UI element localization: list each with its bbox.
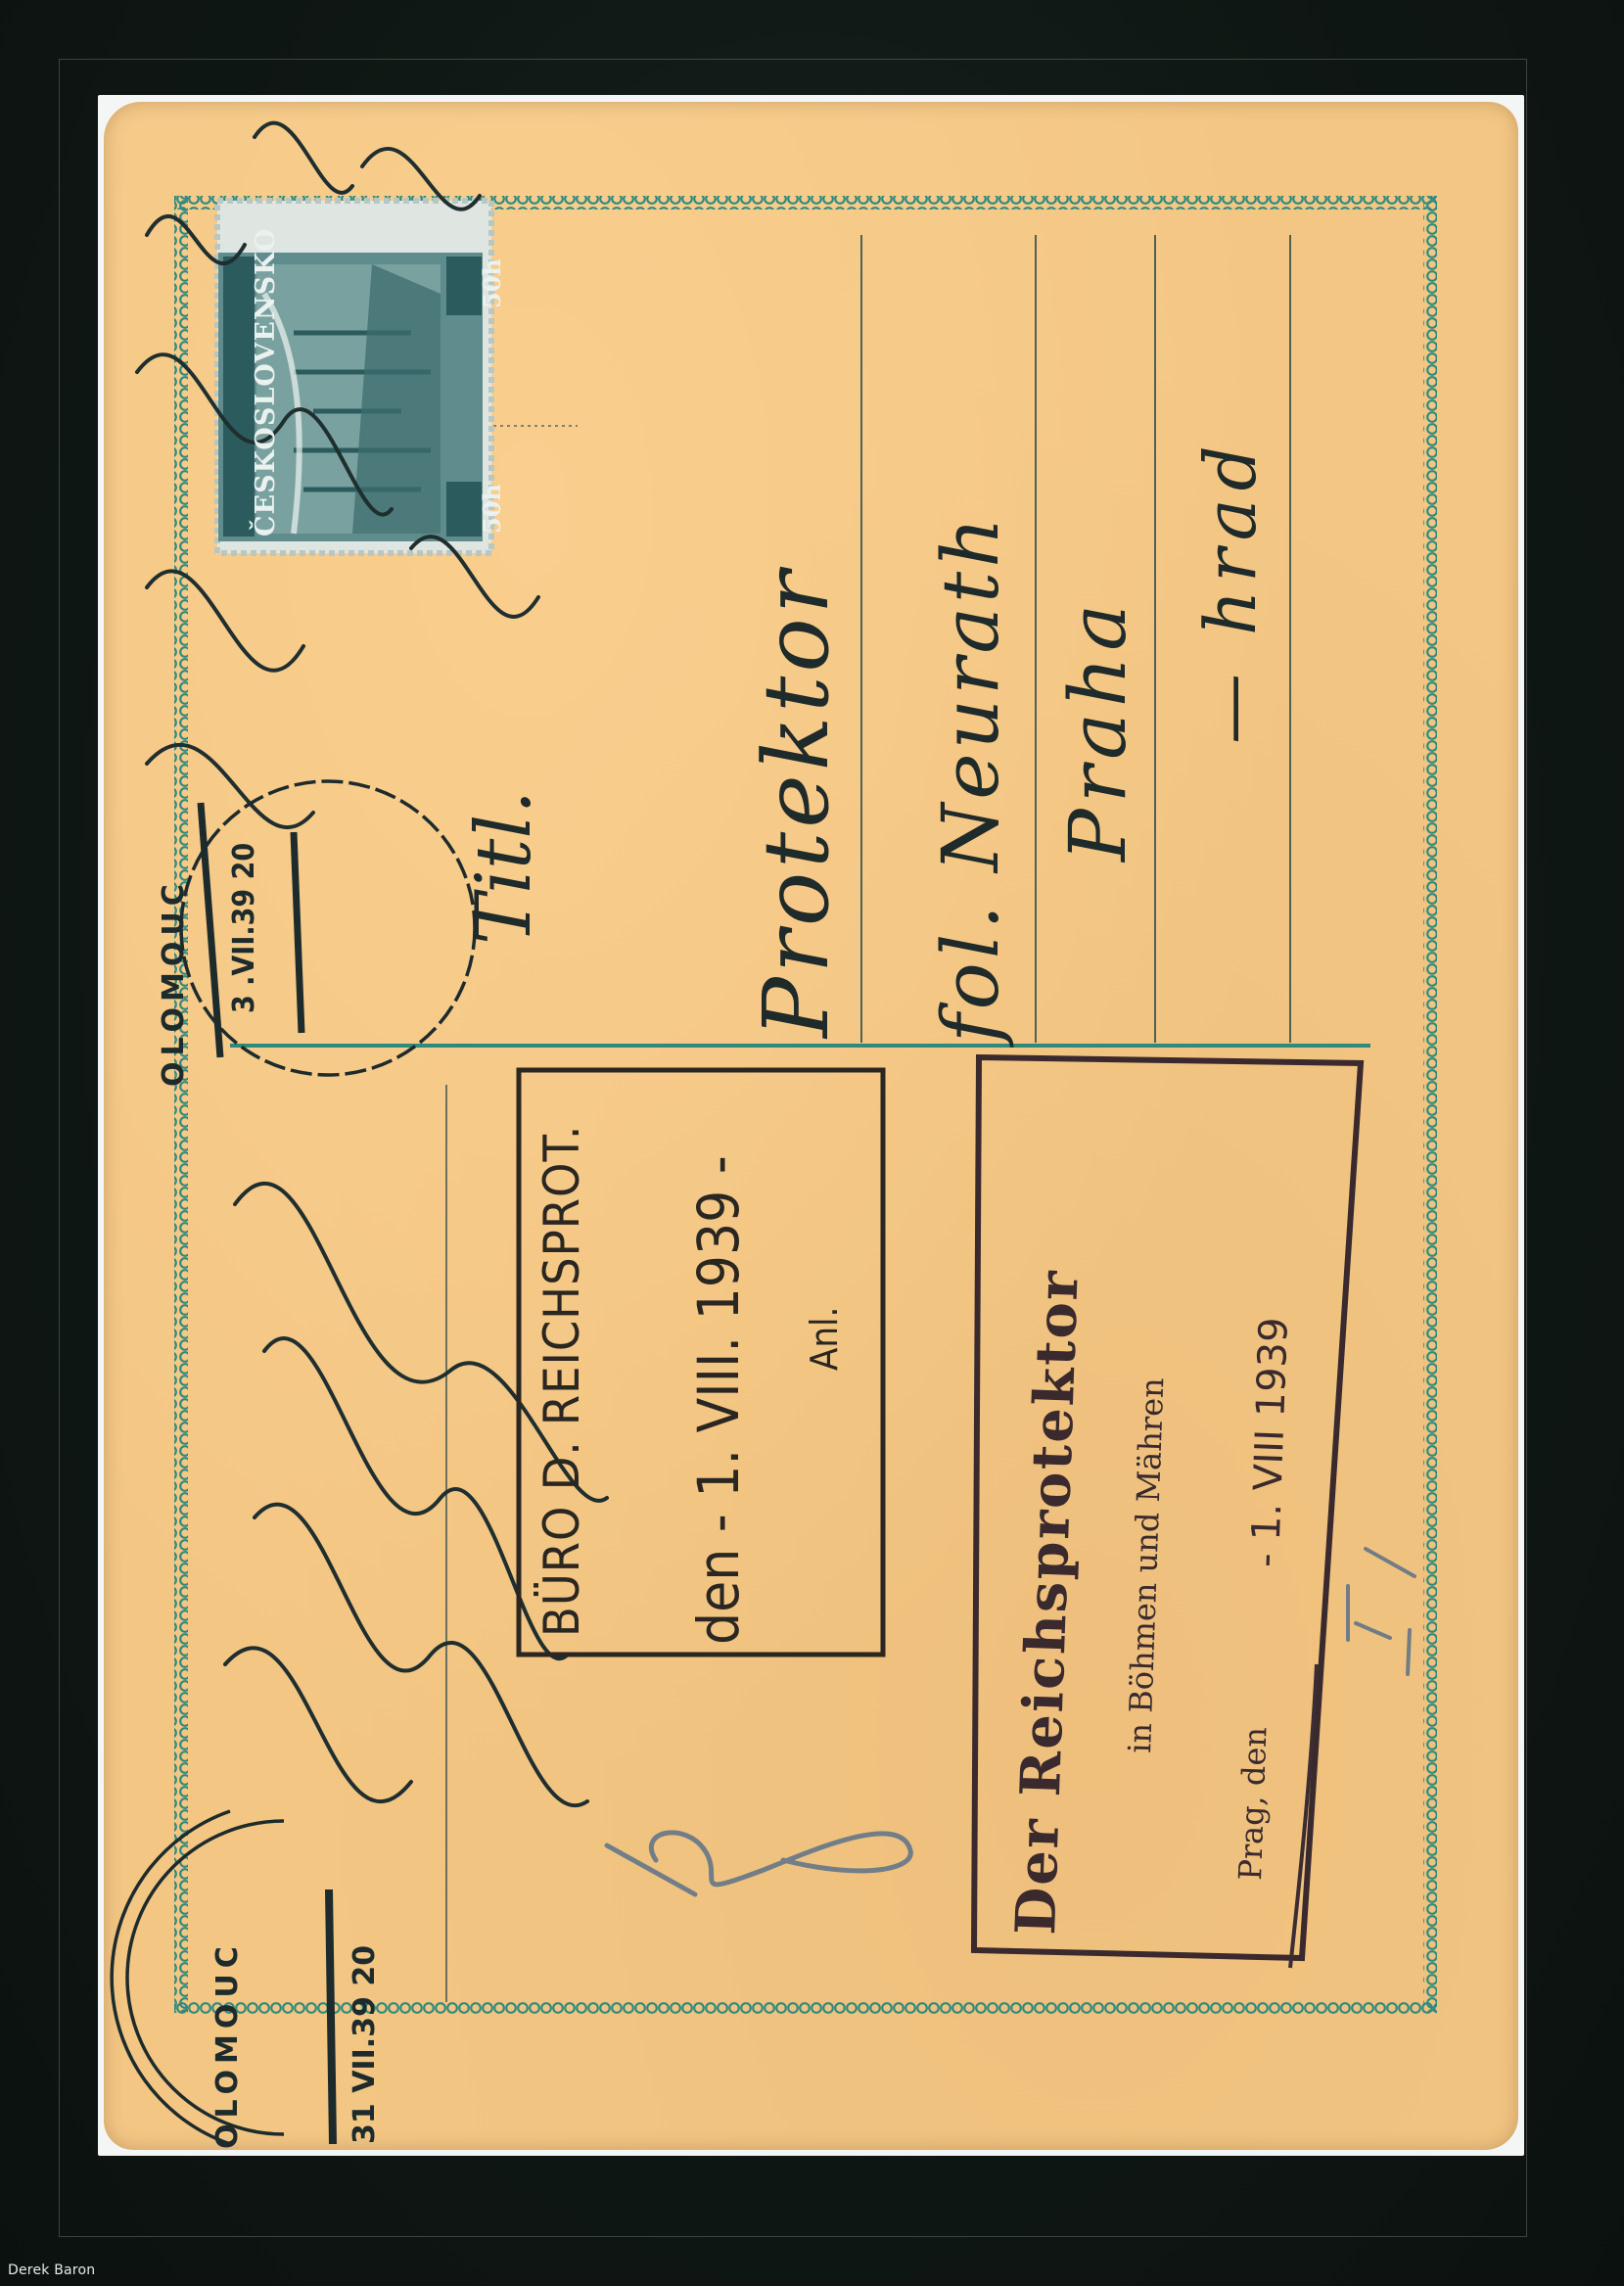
address-line-4: — hrad bbox=[1189, 438, 1272, 744]
address-salutation: Titl. bbox=[460, 790, 548, 945]
box-stamp-1-line2: den - 1. VIII. 1939 - bbox=[685, 1155, 752, 1645]
photographer-caption: Derek Baron bbox=[8, 2263, 95, 2278]
stamp-value-bottom: 50h bbox=[478, 484, 506, 534]
box-stamp-1-line3: Anl. bbox=[803, 1307, 846, 1371]
stamp-value-top: 50h bbox=[478, 258, 506, 308]
box-stamp-1-line1: BÜRO D. REICHSPROT. bbox=[534, 1125, 590, 1637]
address-line-3: Praha bbox=[1052, 598, 1143, 862]
postmark-1-date: 3 .VII.39 20 bbox=[227, 843, 261, 1013]
stamp-country-label: ČESKOSLOVENSKO bbox=[251, 228, 281, 537]
address-line-1: Protektor bbox=[744, 567, 849, 1038]
box-stamp-2-date: - 1. VIII 1939 bbox=[1243, 1317, 1297, 1568]
pencil-mark-ih bbox=[1348, 1549, 1415, 1674]
postmark-2-date: 31 VII.39 20 bbox=[348, 1945, 382, 2144]
stamp-placeholder bbox=[487, 225, 578, 426]
address-line-2: fol. Neurath bbox=[925, 513, 1016, 1043]
postmark-2-town: OLOMOUC bbox=[210, 1940, 245, 2149]
postmark-1-town: OLOMOUC bbox=[157, 878, 191, 1087]
box-stamp-2-line3: Prag, den bbox=[1231, 1726, 1274, 1881]
pencil-signature bbox=[607, 1833, 910, 1894]
postmark-olomouc-1 bbox=[181, 781, 475, 1075]
